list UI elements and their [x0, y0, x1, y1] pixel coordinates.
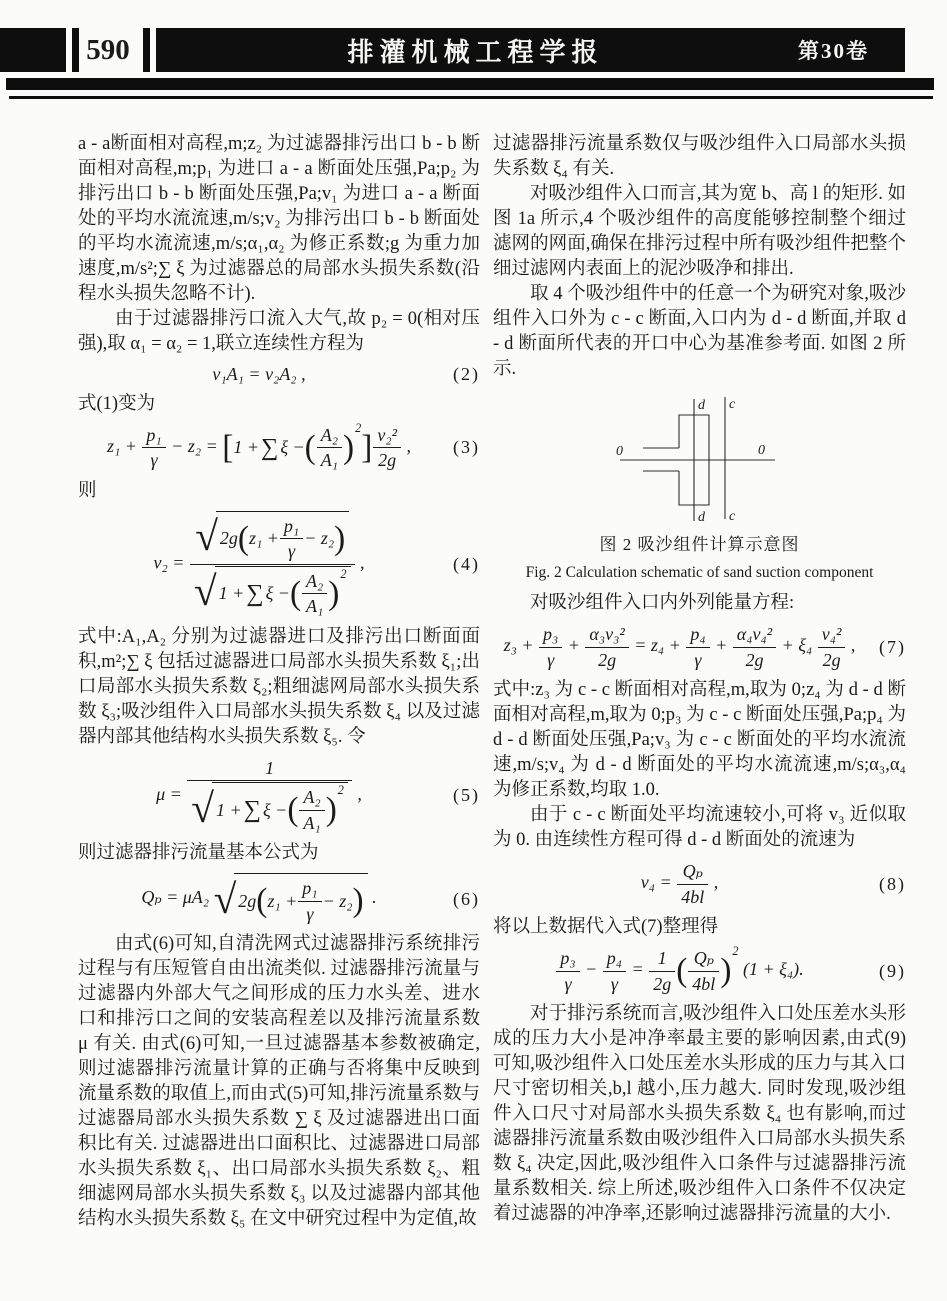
- bracket-group: (A₂A₁)2: [287, 786, 344, 834]
- fraction: p₃γ: [556, 947, 579, 995]
- figure-2-diagram: d c d c 0 0: [530, 392, 870, 528]
- page-body: a - a断面相对高程,m;z₂ 为过滤器排污出口 b - b 断面相对高程,m…: [78, 132, 906, 1232]
- fraction: v₂²2g: [373, 424, 401, 472]
- fraction: Qₚ4bl: [677, 860, 708, 908]
- section-label-c-top: c: [729, 397, 736, 412]
- equation-4: v₂ = √2g(z₁ + p₁γ − z₂)√1 + ∑ ξ − (A₂A₁)…: [78, 511, 480, 618]
- section-label-d-bottom: d: [698, 510, 706, 525]
- bracket-group: [1 + ∑ ξ − (A₂A₁)2]: [222, 424, 372, 472]
- equation-number: (4): [440, 554, 480, 575]
- fraction: A₂A₁: [317, 424, 342, 472]
- fraction: Qₚ4bl: [688, 947, 719, 995]
- fraction: p₃γ: [539, 623, 562, 671]
- equation-body: p₃γ − p₄γ = 12g(Qₚ4bl)2 (1 + ξ₄).: [493, 947, 866, 995]
- equation-body: μ = 1√1 + ∑ ξ − (A₂A₁)2 ,: [78, 757, 440, 835]
- equation-3: z₁ + p₁γ − z₂ = [1 + ∑ ξ − (A₂A₁)2]v₂²2g…: [78, 424, 480, 472]
- equation-body: v₄ = Qₚ4bl ,: [493, 860, 866, 908]
- summation-symbol: ∑: [261, 436, 278, 460]
- equation-number: (2): [440, 364, 480, 385]
- fraction: p₄γ: [603, 947, 626, 995]
- equation-number: (8): [866, 874, 906, 895]
- paragraph: a - a断面相对高程,m;z₂ 为过滤器排污出口 b - b 断面相对高程,m…: [78, 132, 480, 307]
- right-column: 过滤器排污流量系数仅与吸沙组件入口局部水头损失系数 ξ₄ 有关.对吸沙组件入口而…: [493, 132, 906, 1232]
- fraction: 12g: [649, 947, 675, 995]
- fraction: √2g(z₁ + p₁γ − z₂)√1 + ∑ ξ − (A₂A₁)2: [190, 511, 355, 618]
- fraction: p₄γ: [686, 623, 709, 671]
- figure-caption: 图 2 吸沙组件计算示意图 Fig. 2 Calculation schemat…: [493, 532, 906, 585]
- paragraph: 则: [78, 479, 480, 504]
- fraction: A₂A₁: [302, 570, 327, 618]
- fraction: p₁γ: [280, 515, 303, 563]
- paragraph: 过滤器排污流量系数仅与吸沙组件入口局部水头损失系数 ξ₄ 有关.: [493, 132, 906, 182]
- paragraph: 取 4 个吸沙组件中的任意一个为研究对象,吸沙组件入口外为 c - c 断面,入…: [493, 282, 906, 382]
- journal-title: 排灌机械工程学报: [347, 32, 713, 69]
- paragraph: 将以上数据代入式(7)整理得: [493, 915, 906, 940]
- equation-number: (3): [440, 437, 480, 458]
- section-label-c-bottom: c: [729, 509, 736, 524]
- figure-caption-en: Fig. 2 Calculation schematic of sand suc…: [493, 560, 906, 585]
- equation-body: z₃ + p₃γ + α₃v₃²2g = z₄ + p₄γ + α₄v₄²2g …: [493, 623, 866, 671]
- paragraph: 式(1)变为: [78, 392, 480, 417]
- edge-mark: [0, 28, 66, 72]
- summation-symbol: ∑: [246, 582, 263, 606]
- paragraph: 式中:A₁,A₂ 分别为过滤器进口及排污出口断面面积,m²;∑ ξ 包括过滤器进…: [78, 625, 480, 750]
- bracket-group: (A₂A₁)2: [305, 424, 362, 472]
- paragraph: 对吸沙组件入口内外列能量方程:: [493, 591, 906, 616]
- fraction: A₂A₁: [299, 786, 324, 834]
- equation-body: v₂ = √2g(z₁ + p₁γ − z₂)√1 + ∑ ξ − (A₂A₁)…: [78, 511, 440, 618]
- paragraph: 由于过滤器排污口流入大气,故 p₂ = 0(相对压强),取 α₁ = α₂ = …: [78, 307, 480, 357]
- journal-title-bar: 排灌机械工程学报 第30卷: [156, 28, 905, 72]
- equation-8: v₄ = Qₚ4bl ,(8): [493, 860, 906, 908]
- paragraph: 对吸沙组件入口而言,其为宽 b、高 l 的矩形. 如图 1a 所示,4 个吸沙组…: [493, 182, 906, 282]
- paragraph: 式中:z₃ 为 c - c 断面相对高程,m,取为 0;z₄ 为 d - d 断…: [493, 678, 906, 803]
- fraction: p₁γ: [142, 424, 165, 472]
- summation-symbol: ∑: [244, 798, 261, 822]
- fraction: 1√1 + ∑ ξ − (A₂A₁)2: [187, 757, 352, 835]
- axis-label-zero-right: 0: [758, 443, 765, 458]
- equation-number: (9): [866, 961, 906, 982]
- equation-6: Qₚ = μA₂ √2g(z₁ + p₁γ − z₂) .(6): [78, 873, 480, 925]
- paragraph: 由于 c - c 断面处平均流速较小,可将 v₃ 近似取为 0. 由连续性方程可…: [493, 803, 906, 853]
- figure-2: d c d c 0 0 图 2 吸沙组件计算示意图 Fig. 2 Calcula…: [493, 392, 906, 585]
- bracket-group: (A₂A₁)2: [290, 570, 347, 618]
- figure-caption-zh: 图 2 吸沙组件计算示意图: [493, 532, 906, 557]
- fraction: α₃v₃²2g: [585, 623, 628, 671]
- bracket-group: (z₁ + p₁γ − z₂): [238, 515, 345, 563]
- fraction: α₄v₄²2g: [733, 623, 776, 671]
- fraction: p₁γ: [298, 877, 321, 925]
- volume-label: 第30卷: [798, 35, 869, 65]
- equation-number: (7): [866, 637, 906, 658]
- paragraph: 则过滤器排污流量基本公式为: [78, 841, 480, 866]
- section-label-d-top: d: [698, 398, 706, 413]
- equation-number: (5): [440, 785, 480, 806]
- header-rule-thin: [9, 96, 933, 99]
- page-number: 590: [79, 28, 137, 72]
- page-header: 590 排灌机械工程学报 第30卷: [0, 28, 947, 72]
- radical: √1 + ∑ ξ − (A₂A₁)2: [194, 566, 351, 618]
- equation-number: (6): [440, 889, 480, 910]
- header-divider-bar: [143, 28, 150, 72]
- equation-9: p₃γ − p₄γ = 12g(Qₚ4bl)2 (1 + ξ₄).(9): [493, 947, 906, 995]
- radical: √2g(z₁ + p₁γ − z₂): [195, 511, 349, 563]
- equation-2: v₁A₁ = v₂A₂ ,(2): [78, 364, 480, 385]
- radical: √1 + ∑ ξ − (A₂A₁)2: [191, 782, 348, 834]
- axis-label-zero-left: 0: [616, 444, 623, 459]
- equation-body: z₁ + p₁γ − z₂ = [1 + ∑ ξ − (A₂A₁)2]v₂²2g…: [78, 424, 440, 472]
- radical: √2g(z₁ + p₁γ − z₂): [214, 873, 368, 925]
- bracket-group: (Qₚ4bl)2: [676, 947, 738, 995]
- fraction: v₄²2g: [818, 623, 846, 671]
- equation-7: z₃ + p₃γ + α₃v₃²2g = z₄ + p₄γ + α₄v₄²2g …: [493, 623, 906, 671]
- paragraph: 由式(6)可知,自清洗网式过滤器排污系统排污过程与有压短管自由出流类似. 过滤器…: [78, 932, 480, 1232]
- left-column: a - a断面相对高程,m;z₂ 为过滤器排污出口 b - b 断面相对高程,m…: [78, 132, 480, 1232]
- header-rule-thick: [6, 78, 934, 90]
- equation-body: Qₚ = μA₂ √2g(z₁ + p₁γ − z₂) .: [78, 873, 440, 925]
- header-divider-bar: [72, 28, 79, 72]
- paragraph: 对于排污系统而言,吸沙组件入口处压差水头形成的压力大小是冲净率最主要的影响因素,…: [493, 1002, 906, 1227]
- bracket-group: (z₁ + p₁γ − z₂): [256, 877, 363, 925]
- equation-5: μ = 1√1 + ∑ ξ − (A₂A₁)2 ,(5): [78, 757, 480, 835]
- equation-body: v₁A₁ = v₂A₂ ,: [78, 364, 440, 385]
